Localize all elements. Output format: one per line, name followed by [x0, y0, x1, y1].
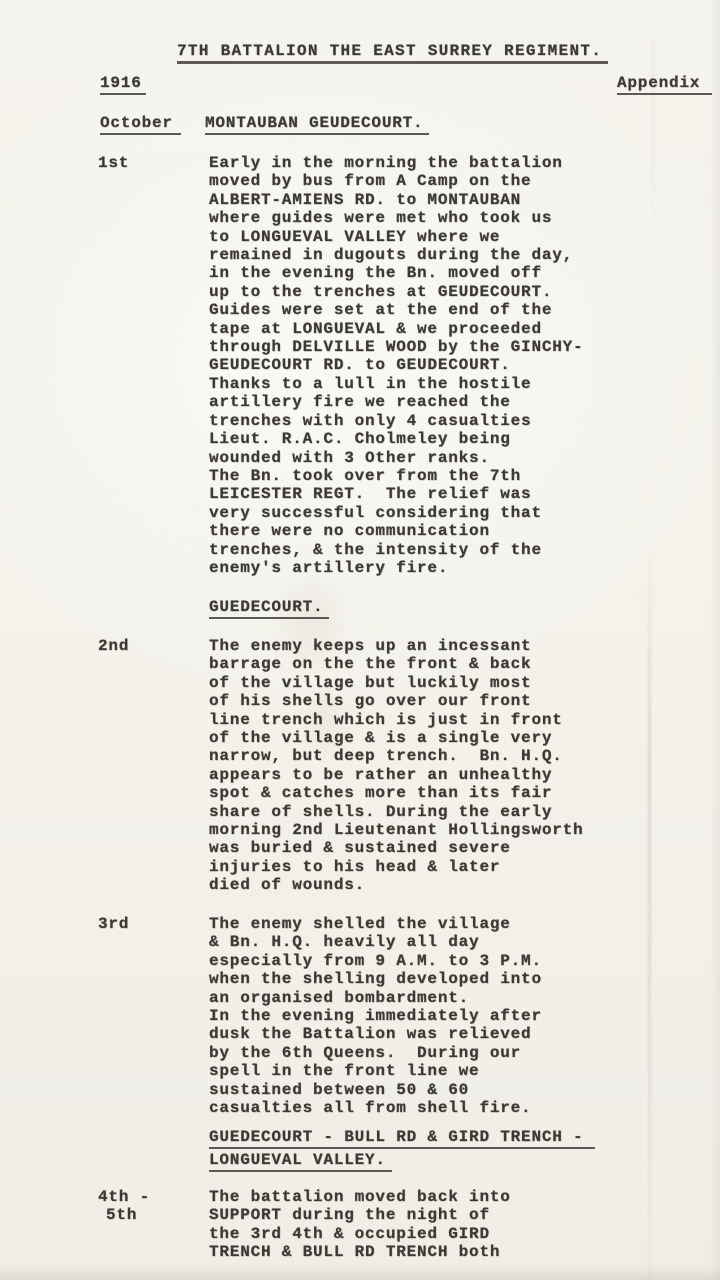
- section-heading-bull-rd-line1: GUEDECOURT - BULL RD & GIRD TRENCH -: [209, 1128, 595, 1149]
- entry-date-2nd: 2nd: [98, 637, 129, 655]
- paper-crease: [648, 540, 651, 1280]
- page-title: 7TH BATTALION THE EAST SURREY REGIMENT.: [177, 42, 608, 64]
- appendix-label: Appendix: [617, 74, 712, 95]
- entry-body-1st: Early in the morning the battalion moved…: [209, 154, 583, 577]
- entry-body-2nd: The enemy keeps up an incessant barrage …: [209, 637, 583, 895]
- entry-date-5th: 5th: [106, 1206, 137, 1224]
- entry-body-4th-5th: The battalion moved back into SUPPORT du…: [209, 1188, 511, 1262]
- month-label: October: [100, 114, 181, 135]
- entry-date-3rd: 3rd: [98, 915, 129, 933]
- section-heading-guedecourt: GUEDECOURT.: [209, 598, 329, 619]
- war-diary-page: 7TH BATTALION THE EAST SURREY REGIMENT. …: [0, 0, 720, 1280]
- entry-date-1st: 1st: [98, 154, 129, 172]
- page-edge-shadow: [0, 1264, 720, 1280]
- page-title-text: 7TH BATTALION THE EAST SURREY REGIMENT.: [177, 42, 608, 64]
- page-edge-shadow: [710, 0, 720, 1280]
- year-label: 1916: [100, 74, 146, 95]
- section-heading-bull-rd-line2: LONGUEVAL VALLEY.: [209, 1151, 392, 1172]
- section-heading-montauban-geudecourt: MONTAUBAN GEUDECOURT.: [205, 114, 429, 135]
- entry-date-4th: 4th -: [98, 1188, 150, 1206]
- entry-body-3rd: The enemy shelled the village & Bn. H.Q.…: [209, 915, 542, 1117]
